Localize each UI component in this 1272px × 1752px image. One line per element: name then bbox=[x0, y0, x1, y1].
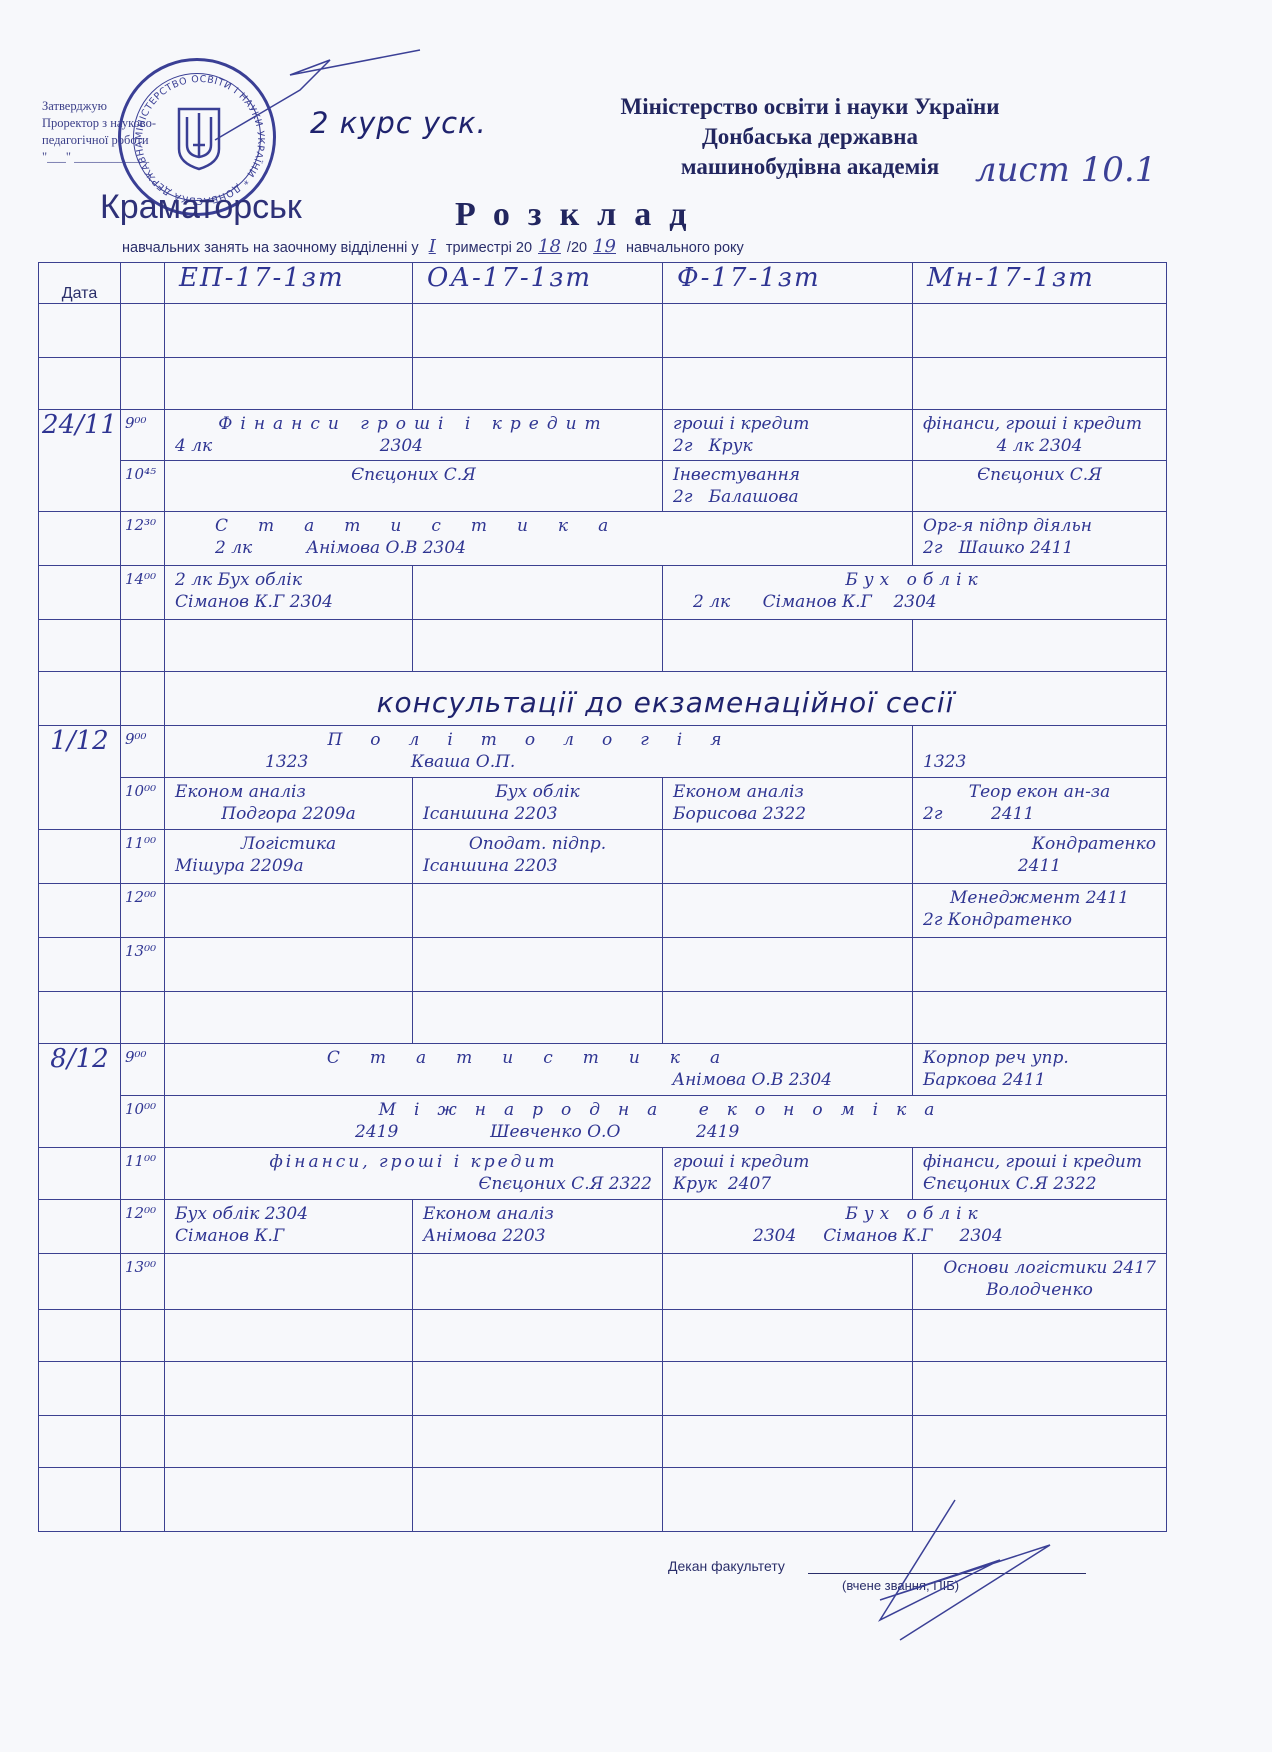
details: Борисова 2322 bbox=[673, 803, 902, 825]
table-row: 10⁰⁰ Економ аналізПодгора 2209а Бух облі… bbox=[39, 778, 1167, 830]
subject: 2 лк Бух облік bbox=[175, 569, 402, 591]
class-cell bbox=[663, 884, 913, 938]
header-row: Дата ЕП-17-1зт ОА-17-1зт Ф-17-1зт Мн-17-… bbox=[39, 263, 1167, 304]
date-cell: 24/11 bbox=[39, 410, 121, 512]
class-cell: Теор екон ан-за2г 2411 bbox=[913, 778, 1167, 830]
dean-signature-line bbox=[808, 1573, 1086, 1574]
class-cell bbox=[165, 1254, 413, 1310]
subject: Корпор реч упр. bbox=[923, 1047, 1156, 1069]
empty-row bbox=[39, 620, 1167, 672]
time-cell: 12⁰⁰ bbox=[121, 884, 165, 938]
document-subtitle: навчальних занять на заочному відділенні… bbox=[122, 236, 744, 257]
details: 2г Крук bbox=[673, 435, 902, 457]
subject: Бух облік bbox=[423, 781, 652, 803]
subject: фінанси, гроші і кредит bbox=[923, 1151, 1156, 1173]
class-cell: Бух облікІсаншина 2203 bbox=[413, 778, 663, 830]
document-title: Розклад bbox=[455, 196, 704, 234]
class-cell: Політологія 1323 Кваша О.П. bbox=[165, 726, 913, 778]
subject: гроші і кредит bbox=[673, 413, 902, 435]
date-cell bbox=[39, 566, 121, 620]
group-header-f: Ф-17-1зт bbox=[663, 263, 913, 304]
class-cell: Бух облік2304 Сіманов К.Г 2304 bbox=[663, 1200, 1167, 1254]
empty-row bbox=[39, 1468, 1167, 1532]
subject: Статистика bbox=[175, 515, 902, 537]
class-cell bbox=[413, 884, 663, 938]
subject: фінанси, гроші і кредит bbox=[923, 413, 1156, 435]
table-row: 13⁰⁰ bbox=[39, 938, 1167, 992]
city-label: Краматорськ bbox=[100, 188, 302, 227]
table-row: 10⁴⁵ Єпєцоних С.Я Інвестування 2г Балашо… bbox=[39, 461, 1167, 512]
table-row: 14⁰⁰ 2 лк Бух облік Сіманов К.Г 2304 Бух… bbox=[39, 566, 1167, 620]
class-cell: Кондратенко2411 bbox=[913, 830, 1167, 884]
details: 2г Шашко 2411 bbox=[923, 537, 1156, 559]
table-row: 10⁰⁰ Міжнародна економіка 2419 Шевченко … bbox=[39, 1096, 1167, 1148]
subject: Фінанси гроші і кредит bbox=[175, 413, 652, 435]
details: Крук 2407 bbox=[673, 1173, 902, 1195]
date-cell: 8/12 bbox=[39, 1044, 121, 1148]
date-cell: 1/12 bbox=[39, 726, 121, 830]
empty-row bbox=[39, 304, 1167, 358]
class-cell: Єпєцоних С.Я bbox=[165, 461, 663, 512]
details: Ісаншина 2203 bbox=[423, 803, 652, 825]
empty-row bbox=[39, 1310, 1167, 1362]
class-cell: фінанси, гроші і кредитЄпєцоних С.Я 2322 bbox=[165, 1148, 663, 1200]
group-header-ep: ЕП-17-1зт bbox=[165, 263, 413, 304]
time-cell: 9⁰⁰ bbox=[121, 726, 165, 778]
details: 2304 Сіманов К.Г 2304 bbox=[673, 1225, 1156, 1247]
consultation-note: консультації до екзаменаційної сесії bbox=[165, 672, 1167, 726]
time-cell: 10⁴⁵ bbox=[121, 461, 165, 512]
time-cell: 10⁰⁰ bbox=[121, 1096, 165, 1148]
details: Сіманов К.Г bbox=[175, 1225, 402, 1247]
subject: Бух облік bbox=[673, 569, 1156, 591]
details: 2 лк Анімова О.В 2304 bbox=[175, 537, 902, 559]
details: 4 лк 2304 bbox=[175, 435, 652, 457]
date-cell bbox=[39, 1148, 121, 1200]
subtitle-suffix: навчального року bbox=[626, 240, 744, 256]
dean-label: Декан факультету bbox=[668, 1558, 785, 1574]
class-cell: Економ аналізАнімова 2203 bbox=[413, 1200, 663, 1254]
consultation-row: консультації до екзаменаційної сесії bbox=[39, 672, 1167, 726]
course-note: 2 курс уск. bbox=[310, 106, 487, 140]
trident-emblem-icon bbox=[175, 105, 223, 171]
class-cell bbox=[663, 830, 913, 884]
details: 1323 Кваша О.П. bbox=[175, 751, 902, 773]
subject: Інвестування bbox=[673, 464, 902, 486]
details: Єпєцоних С.Я 2322 bbox=[175, 1173, 652, 1195]
details: 2419 Шевченко О.О 2419 bbox=[175, 1121, 1156, 1143]
empty-row bbox=[39, 1416, 1167, 1468]
details: Подгора 2209а bbox=[175, 803, 402, 825]
table-row: 11⁰⁰ фінанси, гроші і кредитЄпєцоних С.Я… bbox=[39, 1148, 1167, 1200]
class-cell: Корпор реч упр.Баркова 2411 bbox=[913, 1044, 1167, 1096]
subtitle-mid: триместрі 20 bbox=[446, 240, 532, 256]
time-cell: 9⁰⁰ bbox=[121, 410, 165, 461]
date-cell bbox=[39, 830, 121, 884]
group-header-mn: Мн-17-1зт bbox=[913, 263, 1167, 304]
time-cell: 10⁰⁰ bbox=[121, 778, 165, 830]
details: 2г Балашова bbox=[673, 486, 902, 508]
subject: Бух облік bbox=[673, 1203, 1156, 1225]
details: 2г Кондратенко bbox=[923, 909, 1156, 931]
subject: Економ аналіз bbox=[673, 781, 902, 803]
subject: фінанси, гроші і кредит bbox=[175, 1151, 652, 1173]
class-cell: Оподат. підпр.Ісаншина 2203 bbox=[413, 830, 663, 884]
class-cell: Бух облік 2304Сіманов К.Г bbox=[165, 1200, 413, 1254]
time-cell: 13⁰⁰ bbox=[121, 938, 165, 992]
class-cell: 2 лк Бух облік Сіманов К.Г 2304 bbox=[165, 566, 413, 620]
subject: Менеджмент 2411 bbox=[923, 887, 1156, 909]
date-cell bbox=[39, 938, 121, 992]
details: Анімова О.В 2304 bbox=[175, 1069, 902, 1091]
subject: Політологія bbox=[175, 729, 902, 751]
class-cell: фінанси, гроші і кредит 4 лк 2304 bbox=[913, 410, 1167, 461]
class-cell: фінанси, гроші і кредитЄпєцоних С.Я 2322 bbox=[913, 1148, 1167, 1200]
class-cell: Менеджмент 24112г Кондратенко bbox=[913, 884, 1167, 938]
details: 1323 bbox=[923, 751, 1156, 773]
details: Мішура 2209а bbox=[175, 855, 402, 877]
class-cell: 1323 bbox=[913, 726, 1167, 778]
subject: Міжнародна економіка bbox=[175, 1099, 1156, 1121]
details: Володченко bbox=[923, 1279, 1156, 1301]
class-cell bbox=[663, 938, 913, 992]
subject: Економ аналіз bbox=[423, 1203, 652, 1225]
table-row: 11⁰⁰ ЛогістикаМішура 2209а Оподат. підпр… bbox=[39, 830, 1167, 884]
class-cell: Інвестування 2г Балашова bbox=[663, 461, 913, 512]
time-header bbox=[121, 263, 165, 304]
subtitle-prefix: навчальних занять на заочному відділенні… bbox=[122, 240, 419, 256]
subject: Орг-я підпр діяльн bbox=[923, 515, 1156, 537]
sheet-number-note: лист 10.1 bbox=[975, 150, 1156, 190]
subject: Кондратенко bbox=[923, 833, 1156, 855]
subject: Теор екон ан-за bbox=[923, 781, 1156, 803]
time-cell: 11⁰⁰ bbox=[121, 1148, 165, 1200]
table-row: 12⁰⁰ Менеджмент 24112г Кондратенко bbox=[39, 884, 1167, 938]
group-header-oa: ОА-17-1зт bbox=[413, 263, 663, 304]
class-cell: Міжнародна економіка 2419 Шевченко О.О 2… bbox=[165, 1096, 1167, 1148]
time-cell: 11⁰⁰ bbox=[121, 830, 165, 884]
date-cell bbox=[39, 884, 121, 938]
class-cell: Єпєцоних С.Я bbox=[913, 461, 1167, 512]
class-cell: Основи логістики 2417Володченко bbox=[913, 1254, 1167, 1310]
details-main: 2419 Шевченко О.О bbox=[355, 1122, 620, 1142]
class-cell: ЛогістикаМішура 2209а bbox=[165, 830, 413, 884]
empty-row bbox=[39, 992, 1167, 1044]
class-cell: Орг-я підпр діяльн 2г Шашко 2411 bbox=[913, 512, 1167, 566]
class-cell: Бух облік 2 лк Сіманов К.Г 2304 bbox=[663, 566, 1167, 620]
class-cell bbox=[413, 1254, 663, 1310]
time-cell: 12³⁰ bbox=[121, 512, 165, 566]
subject: Логістика bbox=[175, 833, 402, 855]
class-cell: Економ аналізБорисова 2322 bbox=[663, 778, 913, 830]
table-row: 13⁰⁰ Основи логістики 2417Володченко bbox=[39, 1254, 1167, 1310]
year-end: 19 bbox=[587, 236, 622, 257]
details: Анімова 2203 bbox=[423, 1225, 652, 1247]
date-cell bbox=[39, 1200, 121, 1254]
class-cell bbox=[413, 938, 663, 992]
subject: Статистика bbox=[175, 1047, 902, 1069]
table-row: 12⁰⁰ Бух облік 2304Сіманов К.Г Економ ан… bbox=[39, 1200, 1167, 1254]
details: 2411 bbox=[923, 855, 1156, 877]
class-cell bbox=[913, 938, 1167, 992]
trimester-value: I bbox=[423, 236, 442, 257]
time-cell: 13⁰⁰ bbox=[121, 1254, 165, 1310]
subject: Бух облік 2304 bbox=[175, 1203, 402, 1225]
details: 2 лк Сіманов К.Г 2304 bbox=[673, 591, 1156, 613]
date-cell bbox=[39, 512, 121, 566]
year-start: 18 bbox=[532, 236, 567, 257]
class-cell bbox=[165, 938, 413, 992]
details: 4 лк 2304 bbox=[923, 435, 1156, 457]
details: Єпєцоних С.Я 2322 bbox=[923, 1173, 1156, 1195]
ministry-line-2: Донбаська державна bbox=[560, 122, 1060, 152]
table-row: 24/11 9⁰⁰ Фінанси гроші і кредит 4 лк 23… bbox=[39, 410, 1167, 461]
table-row: 12³⁰ Статистика 2 лк Анімова О.В 2304 Ор… bbox=[39, 512, 1167, 566]
details: Сіманов К.Г 2304 bbox=[175, 591, 402, 613]
class-cell: Статистика 2 лк Анімова О.В 2304 bbox=[165, 512, 913, 566]
class-cell: Економ аналізПодгора 2209а bbox=[165, 778, 413, 830]
details: Баркова 2411 bbox=[923, 1069, 1156, 1091]
table-row: 1/12 9⁰⁰ Політологія 1323 Кваша О.П. 132… bbox=[39, 726, 1167, 778]
dean-signature-hint: (вчене звання, ПІБ) bbox=[842, 1578, 959, 1593]
table-row: 8/12 9⁰⁰ Статистика Анімова О.В 2304 Кор… bbox=[39, 1044, 1167, 1096]
subject: гроші і кредит bbox=[673, 1151, 902, 1173]
class-cell bbox=[663, 1254, 913, 1310]
date-header: Дата bbox=[39, 263, 121, 304]
details: 2г 2411 bbox=[923, 803, 1156, 825]
class-cell: Фінанси гроші і кредит 4 лк 2304 bbox=[165, 410, 663, 461]
subject: Економ аналіз bbox=[175, 781, 402, 803]
empty-row bbox=[39, 1362, 1167, 1416]
subject: Оподат. підпр. bbox=[423, 833, 652, 855]
details: Ісаншина 2203 bbox=[423, 855, 652, 877]
class-cell bbox=[413, 566, 663, 620]
details-room: 2419 bbox=[696, 1122, 739, 1142]
subject: Основи логістики 2417 bbox=[923, 1257, 1156, 1279]
class-cell: Статистика Анімова О.В 2304 bbox=[165, 1044, 913, 1096]
schedule-table: Дата ЕП-17-1зт ОА-17-1зт Ф-17-1зт Мн-17-… bbox=[38, 262, 1167, 1532]
class-cell: гроші і кредит 2г Крук bbox=[663, 410, 913, 461]
class-cell bbox=[165, 884, 413, 938]
date-cell bbox=[39, 1254, 121, 1310]
empty-row bbox=[39, 358, 1167, 410]
time-cell: 14⁰⁰ bbox=[121, 566, 165, 620]
time-cell: 9⁰⁰ bbox=[121, 1044, 165, 1096]
time-cell: 12⁰⁰ bbox=[121, 1200, 165, 1254]
class-cell: гроші і кредитКрук 2407 bbox=[663, 1148, 913, 1200]
subtitle-sep: /20 bbox=[567, 240, 587, 256]
ministry-line-1: Міністерство освіти і науки України bbox=[560, 92, 1060, 122]
